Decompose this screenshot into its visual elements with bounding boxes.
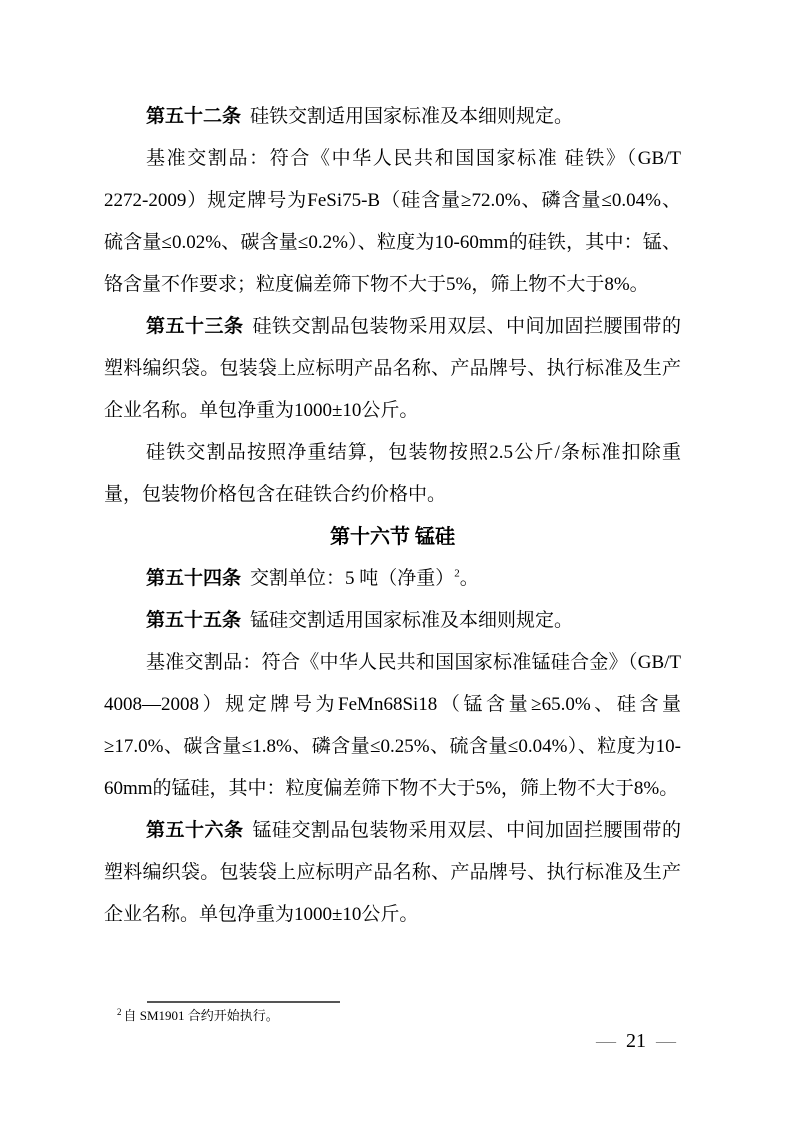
article-54-text: 交割单位：5 吨（净重） xyxy=(250,568,454,589)
article-52-number: 第五十二条 xyxy=(146,106,241,127)
article-52-paragraph: 第五十二条硅铁交割适用国家标准及本细则规定。 xyxy=(104,96,681,138)
article-52-benchmark-paragraph: 基准交割品：符合《中华人民共和国国家标准 硅铁》（GB/T 2272-2009）… xyxy=(104,138,681,306)
article-56-number: 第五十六条 xyxy=(146,820,244,841)
article-53-settlement-text: 硅铁交割品按照净重结算，包装物按照2.5公斤/条标准扣除重量，包装物价格包含在硅… xyxy=(104,442,681,505)
footnote-separator xyxy=(147,1001,340,1003)
article-54-text-tail: 。 xyxy=(460,568,479,589)
footnote-marker: 2 xyxy=(117,1007,122,1017)
article-55-benchmark-paragraph: 基准交割品：符合《中华人民共和国国家标准锰硅合金》（GB/T 4008—2008… xyxy=(104,642,681,810)
article-53-paragraph: 第五十三条硅铁交割品包装物采用双层、中间加固拦腰围带的塑料编织袋。包装袋上应标明… xyxy=(104,306,681,432)
article-55-text: 锰硅交割适用国家标准及本细则规定。 xyxy=(250,610,573,631)
page-number-value: 21 xyxy=(626,1030,646,1052)
page-number-dash-left: — xyxy=(596,1030,616,1052)
article-54-paragraph: 第五十四条交割单位：5 吨（净重）2。 xyxy=(104,558,681,600)
section-heading: 第十六节 锰硅 xyxy=(104,516,681,558)
article-53-number: 第五十三条 xyxy=(146,316,244,337)
article-52-text: 硅铁交割适用国家标准及本细则规定。 xyxy=(250,106,573,127)
article-56-paragraph: 第五十六条锰硅交割品包装物采用双层、中间加固拦腰围带的塑料编织袋。包装袋上应标明… xyxy=(104,810,681,936)
article-54-number: 第五十四条 xyxy=(146,568,241,589)
page-number: —21— xyxy=(596,1028,676,1054)
article-55-benchmark-text: 基准交割品：符合《中华人民共和国国家标准锰硅合金》（GB/T 4008—2008… xyxy=(104,652,681,799)
footnote-text: 自 SM1901 合约开始执行。 xyxy=(124,1008,279,1023)
article-55-paragraph: 第五十五条锰硅交割适用国家标准及本细则规定。 xyxy=(104,600,681,642)
footnote: 2自 SM1901 合约开始执行。 xyxy=(117,1005,279,1027)
article-52-benchmark-text: 基准交割品：符合《中华人民共和国国家标准 硅铁》（GB/T 2272-2009）… xyxy=(104,148,681,295)
page-number-dash-right: — xyxy=(656,1030,676,1052)
article-53-settlement-paragraph: 硅铁交割品按照净重结算，包装物按照2.5公斤/条标准扣除重量，包装物价格包含在硅… xyxy=(104,432,681,516)
article-55-number: 第五十五条 xyxy=(146,610,241,631)
document-page: 第五十二条硅铁交割适用国家标准及本细则规定。 基准交割品：符合《中华人民共和国国… xyxy=(0,0,793,1122)
document-body: 第五十二条硅铁交割适用国家标准及本细则规定。 基准交割品：符合《中华人民共和国国… xyxy=(104,96,681,936)
